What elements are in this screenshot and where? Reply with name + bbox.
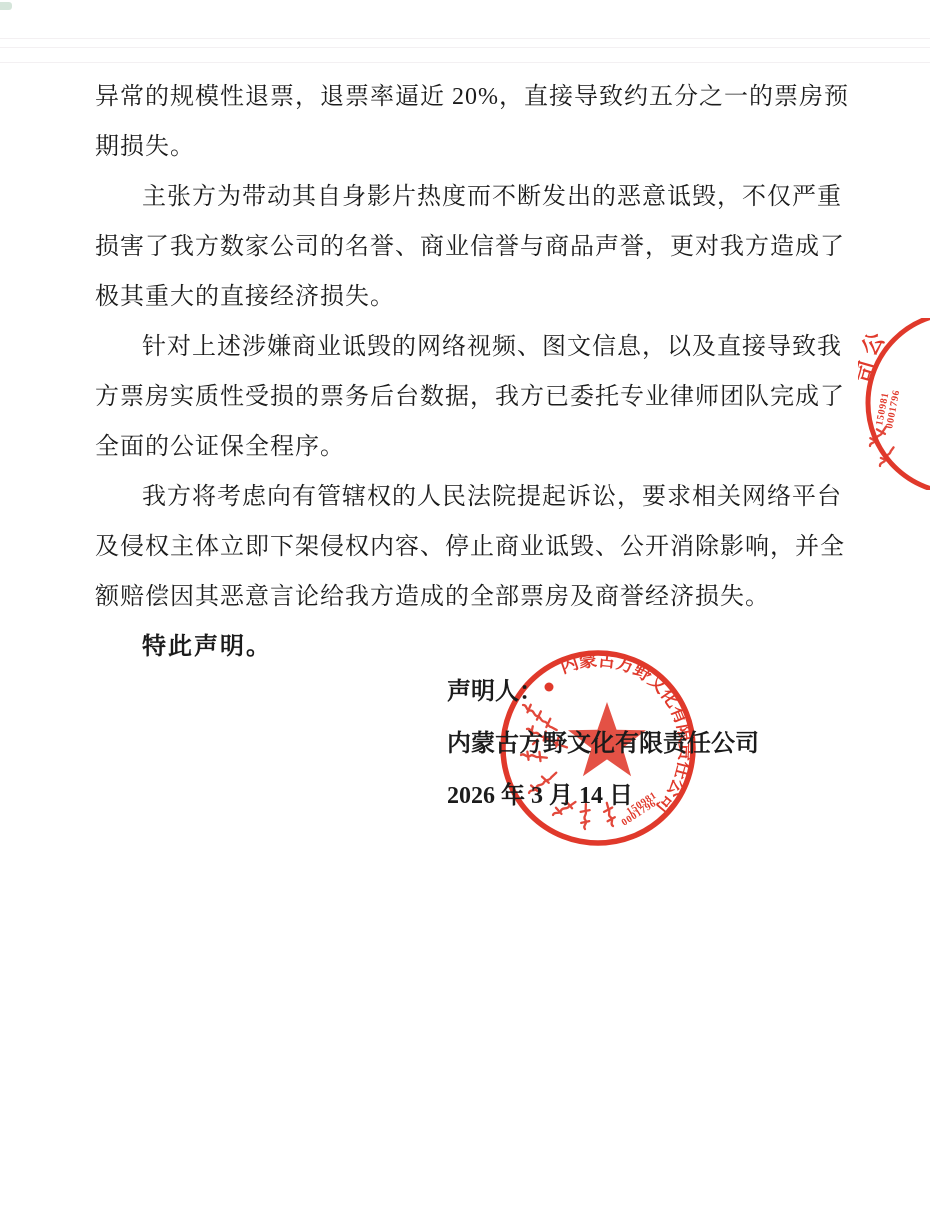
- partial-company-seal: 公 司 150981 0001796: [858, 318, 930, 490]
- body-line: 及侵权主体立即下架侵权内容、停止商业诋毁、公开消除影响，并全: [95, 522, 853, 572]
- body-line: 针对上述涉嫌商业诋毁的网络视频、图文信息，以及直接导致我: [95, 322, 853, 372]
- closing-statement-line: 特此声明。: [95, 622, 853, 672]
- body-line: 损害了我方数家公司的名誉、商业信誉与商品声誉，更对我方造成了: [95, 222, 853, 272]
- signature-block: 声明人： 内蒙古方野文化有限责任公司 2026 年 3 月 14 日: [447, 666, 759, 822]
- scan-artifact-line: [0, 47, 930, 48]
- body-line: 额赔偿因其恶意言论给我方造成的全部票房及商誉经济损失。: [95, 572, 853, 622]
- scan-artifact-line: [0, 38, 930, 39]
- date-line: 2026 年 3 月 14 日: [447, 770, 759, 822]
- body-line: 期损失。: [95, 122, 853, 172]
- body-line: 方票房实质性受损的票务后台数据，我方已委托专业律师团队完成了: [95, 372, 853, 422]
- scan-artifact-corner: [0, 2, 12, 10]
- company-name: 内蒙古方野文化有限责任公司: [447, 718, 759, 770]
- body-line: 极其重大的直接经济损失。: [95, 272, 853, 322]
- body-line: 主张方为带动其自身影片热度而不断发出的恶意诋毁，不仅严重: [95, 172, 853, 222]
- body-line: 全面的公证保全程序。: [95, 422, 853, 472]
- body-line: 我方将考虑向有管辖权的人民法院提起诉讼，要求相关网络平台: [95, 472, 853, 522]
- scanned-statement-page: 异常的规模性退票，退票率逼近 20%，直接导致约五分之一的票房预 期损失。 主张…: [0, 0, 930, 1208]
- body-line: 异常的规模性退票，退票率逼近 20%，直接导致约五分之一的票房预: [95, 72, 853, 122]
- declarant-label: 声明人：: [447, 666, 759, 718]
- seal-arc-char: 公: [858, 327, 890, 360]
- statement-body: 异常的规模性退票，退票率逼近 20%，直接导致约五分之一的票房预 期损失。 主张…: [95, 72, 853, 672]
- scan-artifact-line: [0, 62, 930, 63]
